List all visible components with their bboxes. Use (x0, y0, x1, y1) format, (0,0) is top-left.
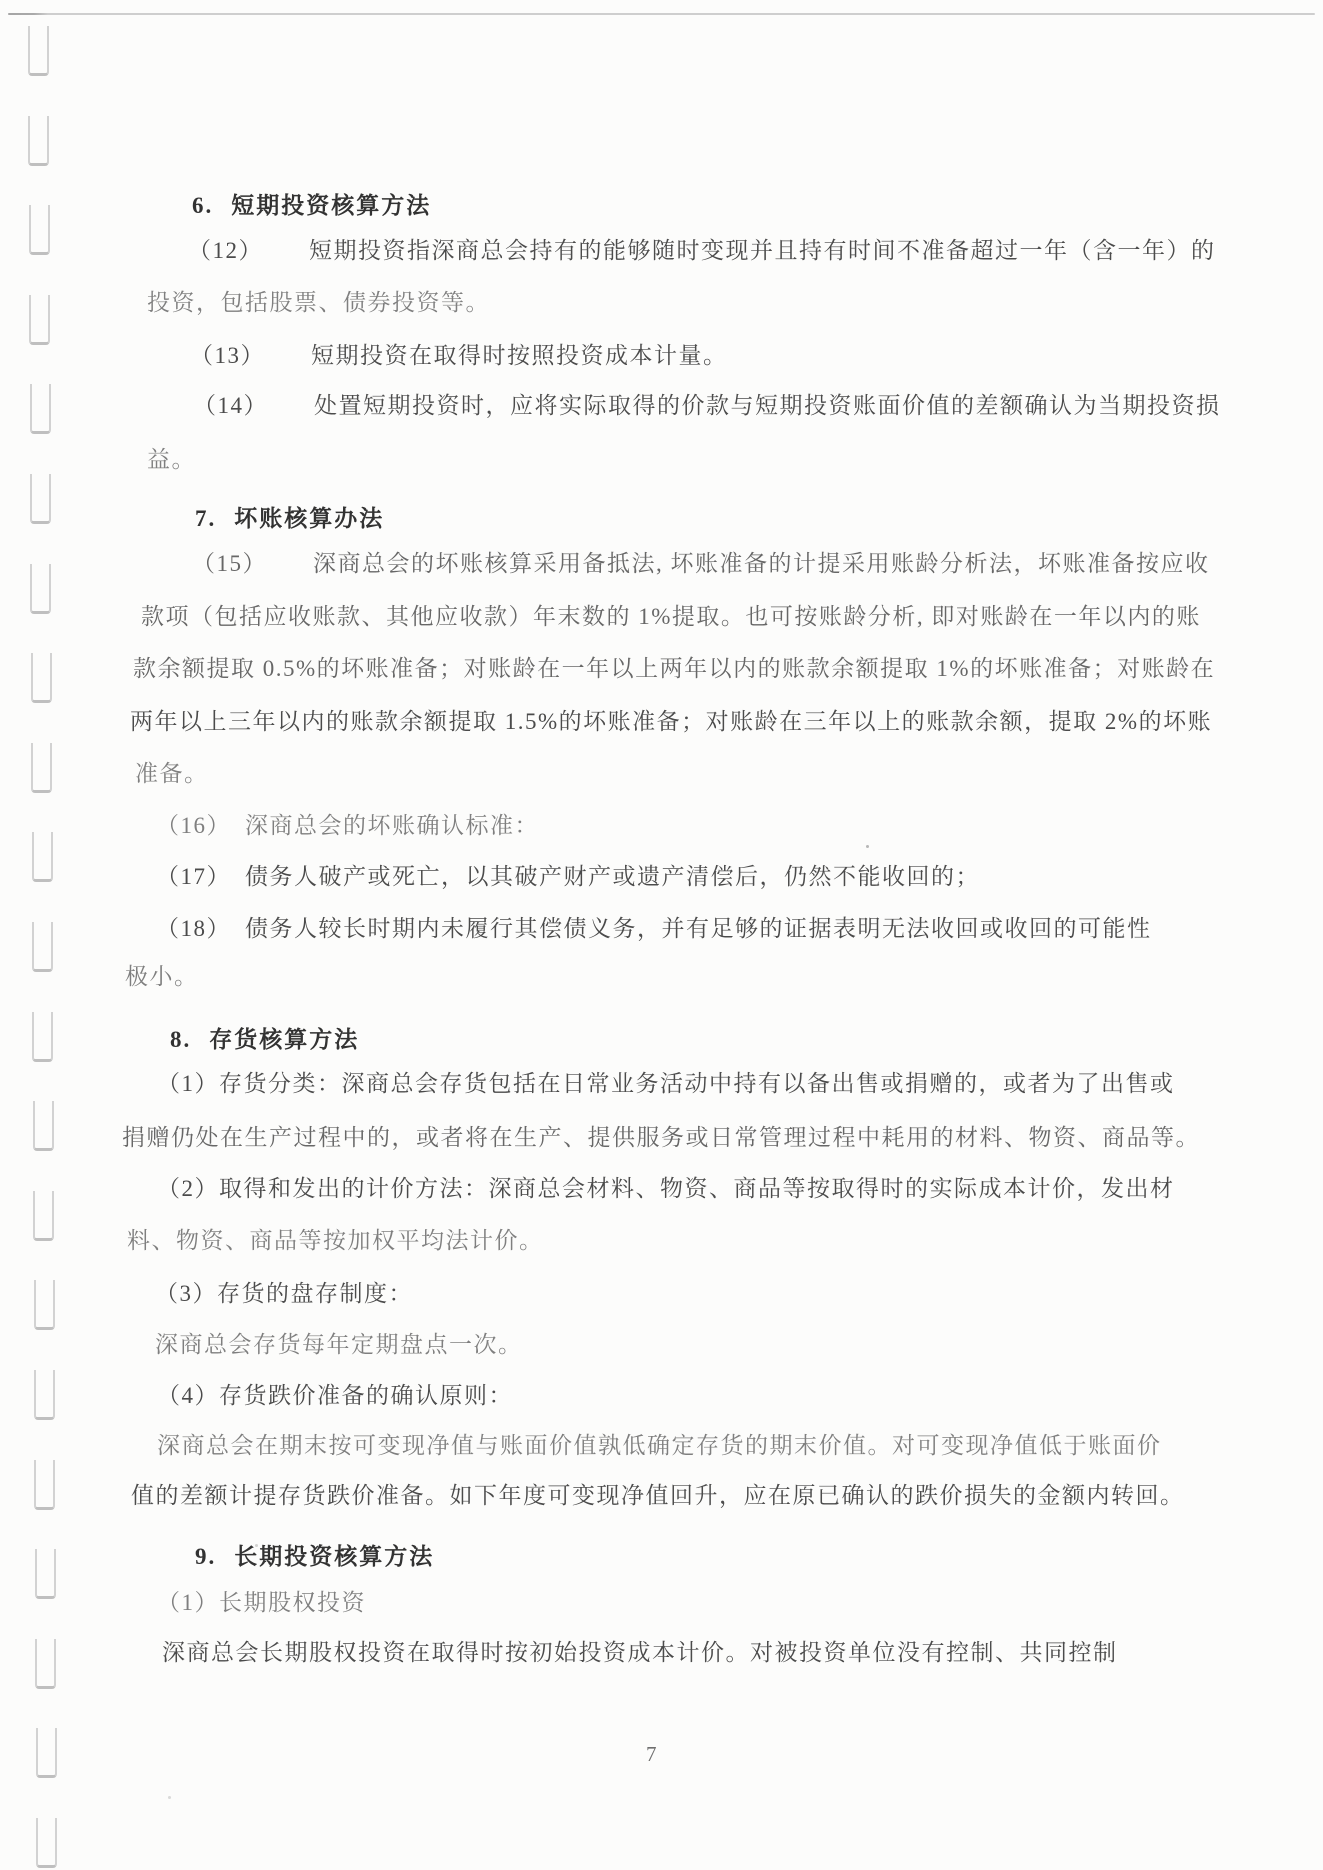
paragraph-line: （15）深商总会的坏账核算采用备抵法, 坏账准备的计提采用账龄分析法，坏账准备按… (192, 550, 1210, 577)
section-title: 短期投资核算方法 (231, 193, 431, 218)
binding-hole (30, 564, 51, 614)
body-text: 料、物资、商品等按加权平均法计价。 (127, 1228, 544, 1253)
body-text: 深商总会存货每年定期盘点一次。 (155, 1332, 523, 1357)
body-text: 深商总会在期末按可变现净值与账面价值孰低确定存货的期末价值。对可变现净值低于账面… (157, 1433, 1162, 1458)
item-number: （18） (156, 916, 231, 941)
paragraph-line: 值的差额计提存货跌价准备。如下年度可变现净值回升，应在原已确认的跌价损失的金额内… (131, 1482, 1185, 1509)
paragraph-line: 两年以上三年以内的账款余额提取 1.5%的坏账准备；对账龄在三年以上的账款余额，… (130, 708, 1212, 735)
paragraph-line: （1）存货分类：深商总会存货包括在日常业务活动中持有以备出售或捐赠的，或者为了出… (157, 1070, 1175, 1097)
paragraph-line: 深商总会长期股权投资在取得时按初始投资成本计价。对被投资单位没有控制、共同控制 (162, 1639, 1118, 1666)
paragraph-line: （12）短期投资指深商总会持有的能够随时变现并且持有时间不准备超过一年（含一年）… (188, 237, 1216, 264)
scan-speck (866, 845, 869, 848)
paragraph-line: 投资，包括股票、债券投资等。 (147, 289, 490, 316)
paragraph-line: （17）债务人破产或死亡，以其破产财产或遗产清偿后，仍然不能收回的； (156, 863, 980, 890)
scanned-document-page: 6.短期投资核算方法 （12）短期投资指深商总会持有的能够随时变现并且持有时间不… (0, 0, 1323, 1870)
item-text: 处置短期投资时，应将实际取得的价款与短期投资账面价值的差额确认为当期投资损 (314, 393, 1221, 418)
item-text: 短期投资在取得时按照投资成本计量。 (311, 343, 728, 368)
body-text: （2）取得和发出的计价方法：深商总会材料、物资、商品等按取得时的实际成本计价，发… (157, 1176, 1175, 1201)
binding-hole (32, 832, 53, 882)
section-title: 存货核算方法 (209, 1027, 359, 1052)
binding-hole (31, 743, 52, 793)
binding-hole (29, 205, 50, 255)
item-text: 深商总会的坏账确认标准： (245, 813, 539, 838)
item-text: 短期投资指深商总会持有的能够随时变现并且持有时间不准备超过一年（含一年）的 (309, 238, 1216, 263)
paragraph-line: （14）处置短期投资时，应将实际取得的价款与短期投资账面价值的差额确认为当期投资… (193, 392, 1221, 419)
paragraph-line: 款余额提取 0.5%的坏账准备；对账龄在一年以上两年以内的账款余额提取 1%的坏… (133, 655, 1215, 682)
body-text: （3）存货的盘存制度： (155, 1281, 413, 1306)
body-text: （1）存货分类：深商总会存货包括在日常业务活动中持有以备出售或捐赠的，或者为了出… (157, 1071, 1175, 1096)
section-heading: 8.存货核算方法 (170, 1026, 359, 1053)
item-number: （14） (193, 393, 268, 418)
binding-hole (32, 922, 53, 972)
binding-hole (33, 1101, 54, 1151)
binding-hole (28, 26, 49, 76)
item-number: （17） (156, 864, 231, 889)
body-text: 深商总会长期股权投资在取得时按初始投资成本计价。对被投资单位没有控制、共同控制 (162, 1640, 1118, 1665)
section-heading: 9.长期投资核算方法 (195, 1543, 434, 1570)
item-text: 债务人破产或死亡，以其破产财产或遗产清偿后，仍然不能收回的； (245, 864, 980, 889)
paragraph-line: （13）短期投资在取得时按照投资成本计量。 (190, 342, 728, 369)
paragraph-line: 极小。 (125, 963, 199, 990)
section-number: 8. (170, 1027, 191, 1052)
paragraph-line: （2）取得和发出的计价方法：深商总会材料、物资、商品等按取得时的实际成本计价，发… (157, 1175, 1175, 1202)
section-number: 6. (192, 193, 213, 218)
binding-hole (28, 116, 49, 166)
binding-hole (32, 1012, 53, 1062)
paragraph-line: 准备。 (135, 760, 209, 787)
paragraph-line: 深商总会在期末按可变现净值与账面价值孰低确定存货的期末价值。对可变现净值低于账面… (157, 1432, 1162, 1459)
binding-hole (36, 1818, 57, 1868)
body-text: 值的差额计提存货跌价准备。如下年度可变现净值回升，应在原已确认的跌价损失的金额内… (131, 1483, 1185, 1508)
paragraph-line: （3）存货的盘存制度： (155, 1280, 413, 1307)
binding-hole (34, 1370, 55, 1420)
section-title: 长期投资核算方法 (234, 1544, 434, 1569)
binding-hole (36, 1728, 57, 1778)
body-text: 极小。 (125, 964, 199, 989)
binding-hole (34, 1460, 55, 1510)
body-text: （4）存货跌价准备的确认原则： (157, 1383, 513, 1408)
section-title: 坏账核算办法 (234, 506, 384, 531)
body-text: 捐赠仍处在生产过程中的，或者将在生产、提供服务或日常管理过程中耗用的材料、物资、… (122, 1125, 1200, 1150)
body-text: 两年以上三年以内的账款余额提取 1.5%的坏账准备；对账龄在三年以上的账款余额，… (130, 709, 1212, 734)
paragraph-line: 深商总会存货每年定期盘点一次。 (155, 1331, 523, 1358)
body-text: 款项（包括应收账款、其他应收款）年末数的 1%提取。也可按账龄分析, 即对账龄在… (141, 604, 1201, 629)
item-text: 债务人较长时期内未履行其偿债义务，并有足够的证据表明无法收回或收回的可能性 (245, 916, 1152, 941)
item-number: （16） (156, 813, 231, 838)
scan-edge-line (8, 13, 1315, 15)
section-number: 9. (195, 1544, 216, 1569)
binding-hole (30, 384, 51, 434)
page-number: 7 (646, 1742, 657, 1767)
item-text: 深商总会的坏账核算采用备抵法, 坏账准备的计提采用账龄分析法，坏账准备按应收 (313, 551, 1210, 576)
paragraph-line: 捐赠仍处在生产过程中的，或者将在生产、提供服务或日常管理过程中耗用的材料、物资、… (122, 1124, 1200, 1151)
binding-hole (35, 1549, 56, 1599)
paragraph-line: （16）深商总会的坏账确认标准： (156, 812, 539, 839)
item-number: （13） (190, 343, 265, 368)
binding-hole (35, 1639, 56, 1689)
binding-hole (34, 1280, 55, 1330)
binding-hole (30, 474, 51, 524)
body-text: 益。 (147, 447, 196, 472)
binding-hole (33, 1191, 54, 1241)
body-text: 款余额提取 0.5%的坏账准备；对账龄在一年以上两年以内的账款余额提取 1%的坏… (133, 656, 1215, 681)
paragraph-line: （18）债务人较长时期内未履行其偿债义务，并有足够的证据表明无法收回或收回的可能… (156, 915, 1152, 942)
binding-hole (31, 653, 52, 703)
scan-speck (168, 1796, 171, 1799)
paragraph-line: 款项（包括应收账款、其他应收款）年末数的 1%提取。也可按账龄分析, 即对账龄在… (141, 603, 1201, 630)
paragraph-line: （1）长期股权投资 (157, 1589, 366, 1616)
section-number: 7. (195, 506, 216, 531)
body-text: 准备。 (135, 761, 209, 786)
body-text: 投资，包括股票、债券投资等。 (147, 290, 490, 315)
scan-speck (255, 1544, 258, 1547)
item-number: （12） (188, 238, 263, 263)
section-heading: 6.短期投资核算方法 (192, 192, 431, 219)
paragraph-line: （4）存货跌价准备的确认原则： (157, 1382, 513, 1409)
paragraph-line: 益。 (147, 446, 196, 473)
binding-hole (29, 295, 50, 345)
paragraph-line: 料、物资、商品等按加权平均法计价。 (127, 1227, 544, 1254)
section-heading: 7.坏账核算办法 (195, 505, 384, 532)
body-text: （1）长期股权投资 (157, 1590, 366, 1615)
item-number: （15） (192, 551, 267, 576)
